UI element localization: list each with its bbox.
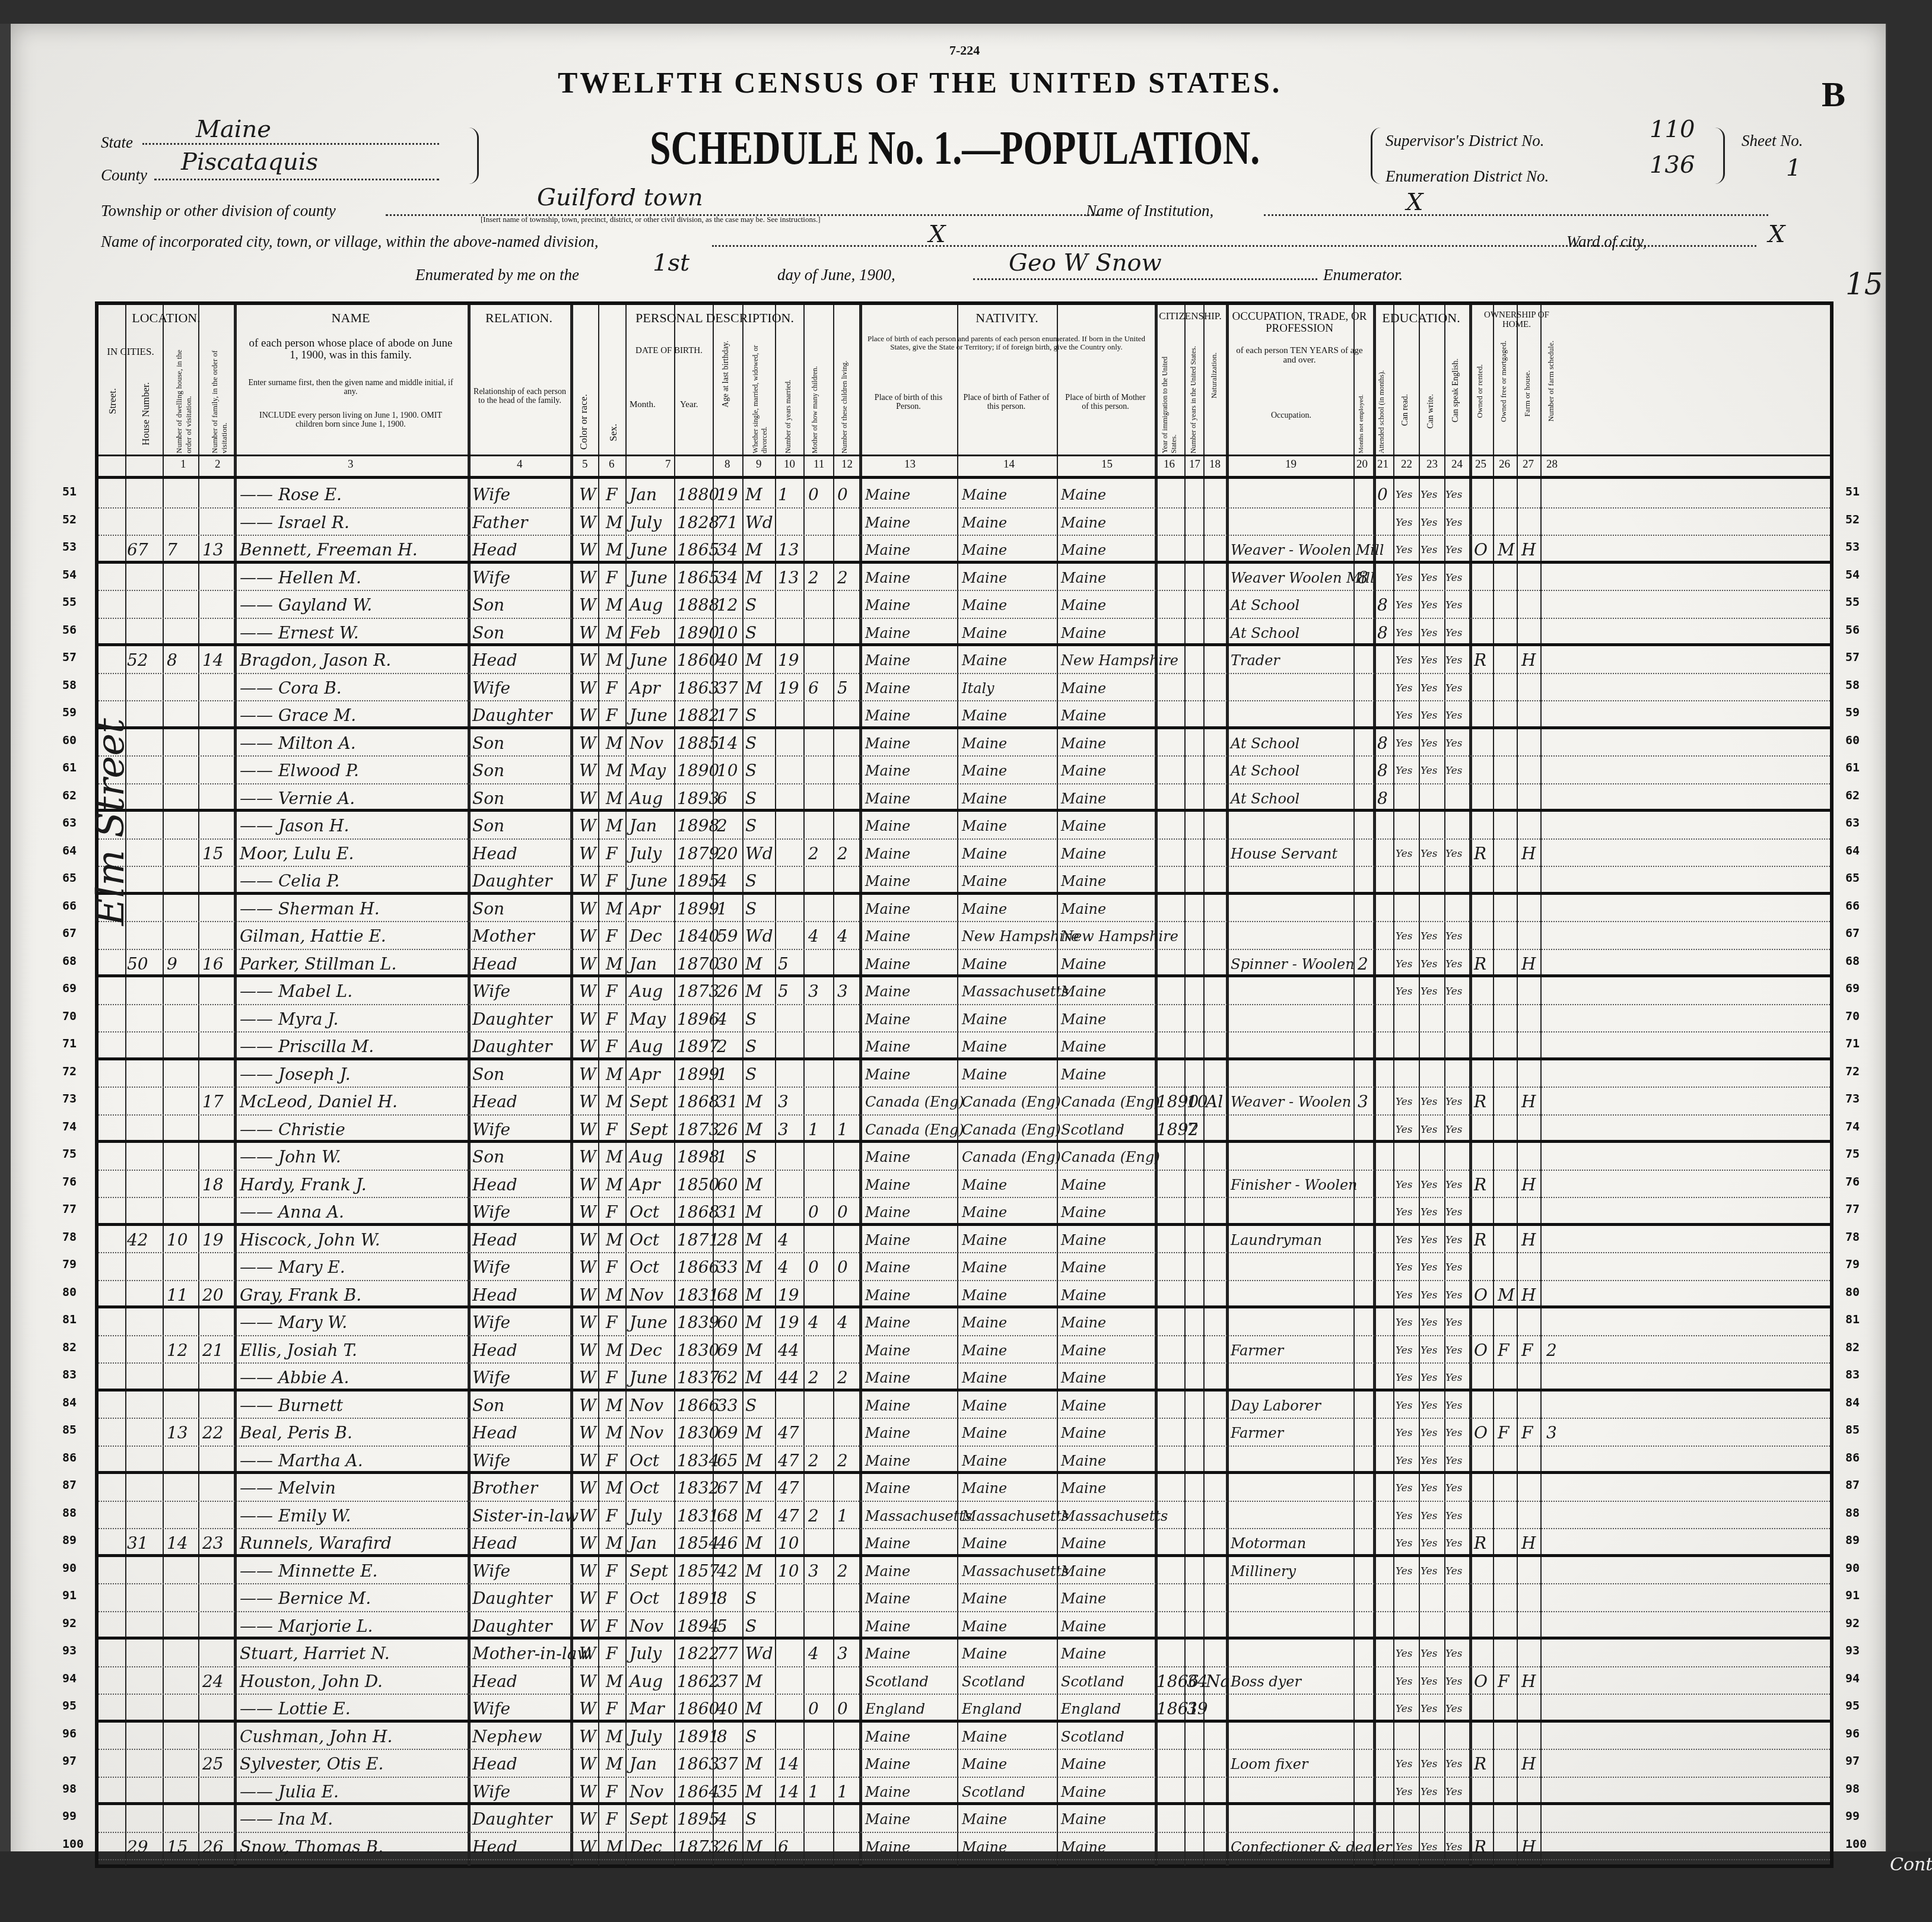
dwelling-number-cell: 9: [167, 952, 177, 976]
age-cell: 4: [717, 1008, 727, 1031]
mother-birthplace-cell: Scotland: [1061, 1725, 1124, 1749]
line-number: 72: [1845, 1064, 1860, 1078]
city-value: X: [929, 221, 945, 248]
birth-year-cell: 1866: [677, 1394, 719, 1418]
col-num: 10: [784, 458, 795, 471]
table-row: 15Moor, Lulu E.HeadWFJuly187920Wd22Maine…: [98, 840, 1830, 868]
age-cell: 26: [717, 1118, 738, 1142]
birth-month-cell: May: [630, 1008, 666, 1031]
years-married-cell: 19: [778, 676, 799, 700]
sex-cell: F: [606, 1449, 617, 1473]
can-speak-english-cell: Yes: [1445, 1780, 1463, 1804]
can-read-cell: Yes: [1396, 1670, 1413, 1694]
owned-rented-cell: R: [1474, 1532, 1486, 1555]
mother-birthplace-cell: Maine: [1061, 1200, 1106, 1224]
mother-birthplace-cell: Maine: [1061, 566, 1106, 590]
children-living-cell: 2: [837, 842, 848, 866]
line-number: 66: [1845, 898, 1860, 913]
relation-cell: Daughter: [472, 1615, 552, 1638]
col-label-english: Can speak English.: [1451, 358, 1461, 422]
sex-cell: M: [606, 1063, 623, 1087]
line-number: 63: [1845, 815, 1860, 830]
can-read-cell: Yes: [1396, 1339, 1413, 1362]
mother-of-cell: 0: [808, 1200, 819, 1224]
mother-birthplace-cell: Maine: [1061, 1394, 1106, 1418]
name-cell: —— Bernice M.: [240, 1587, 371, 1610]
line-number: 79: [1845, 1257, 1860, 1271]
mother-birthplace-cell: Maine: [1061, 1256, 1106, 1279]
line-number: 52: [1845, 512, 1860, 526]
table-row: 311423Runnels, WarafirdHeadWMJan185446M1…: [98, 1529, 1830, 1557]
children-living-cell: 4: [837, 925, 848, 948]
owned-rented-cell: O: [1474, 1421, 1488, 1445]
birth-month-cell: Jan: [630, 483, 657, 507]
marital-status-cell: M: [745, 1697, 762, 1721]
relation-cell: Nephew: [472, 1725, 542, 1749]
race-cell: W: [579, 1284, 596, 1307]
name-cell: McLeod, Daniel H.: [240, 1090, 398, 1114]
birth-year-cell: 1890: [677, 759, 719, 783]
sex-cell: F: [606, 566, 617, 590]
township-instruction: [Insert name of township, town, precinct…: [481, 215, 821, 224]
line-number: 75: [1845, 1146, 1860, 1161]
can-speak-english-cell: Yes: [1445, 952, 1463, 976]
farm-house-cell: H: [1521, 1532, 1536, 1555]
scan-border-top: [0, 0, 1932, 24]
relation-cell: Wife: [472, 1449, 510, 1473]
age-cell: 40: [717, 1697, 738, 1721]
birth-month-cell: Aug: [630, 1670, 663, 1694]
table-row: —— Gayland W.SonWMAug188812SMaineMaineMa…: [98, 591, 1830, 619]
marital-status-cell: M: [745, 1173, 762, 1197]
father-birthplace-cell: Italy: [962, 676, 994, 700]
birth-year-cell: 1873: [677, 1835, 719, 1859]
sex-cell: M: [606, 593, 623, 617]
can-write-cell: Yes: [1421, 1559, 1438, 1583]
header-date-of-birth: DATE OF BIRTH.: [625, 347, 713, 356]
age-cell: 59: [717, 925, 738, 948]
mother-of-cell: 2: [808, 842, 819, 866]
years-in-us-cell: 10: [1187, 1090, 1208, 1114]
mother-birthplace-cell: Maine: [1061, 1532, 1106, 1555]
sex-cell: F: [606, 1807, 617, 1831]
table-row: 67713Bennett, Freeman H.HeadWMJune186534…: [98, 536, 1830, 564]
relation-cell: Wife: [472, 980, 510, 1003]
line-number: 94: [1845, 1671, 1860, 1685]
birth-month-cell: Nov: [630, 1780, 663, 1804]
can-speak-english-cell: Yes: [1445, 1118, 1463, 1142]
mother-birthplace-cell: Maine: [1061, 511, 1106, 535]
line-number: 88: [62, 1505, 77, 1520]
birthplace-cell: Maine: [865, 1642, 910, 1666]
mother-of-cell: 2: [808, 1366, 819, 1390]
birthplace-cell: Maine: [865, 1311, 910, 1335]
relation-cell: Daughter: [472, 704, 552, 727]
school-months-cell: 8: [1377, 787, 1388, 811]
can-speak-english-cell: Yes: [1445, 1256, 1463, 1279]
table-row: —— Abbie A.WifeWFJune183762M4422MaineMai…: [98, 1364, 1830, 1392]
can-write-cell: Yes: [1421, 1200, 1438, 1224]
father-birthplace-cell: Maine: [962, 511, 1007, 535]
state-value: Maine: [196, 116, 271, 143]
col-label-dwelling: Number of dwelling house, in the order o…: [174, 341, 193, 453]
race-cell: W: [579, 1615, 596, 1638]
owned-rented-cell: R: [1474, 1173, 1486, 1197]
birth-year-cell: 1882: [677, 704, 719, 727]
birth-month-cell: Feb: [630, 621, 660, 645]
occupation-cell: Motorman: [1231, 1532, 1306, 1555]
sex-cell: M: [606, 621, 623, 645]
mother-birthplace-cell: Maine: [1061, 1063, 1106, 1087]
birth-year-cell: 1839: [677, 1311, 719, 1335]
occupation-cell: At School: [1231, 787, 1299, 811]
children-living-cell: 1: [837, 1780, 848, 1804]
birthplace-cell: Maine: [865, 1449, 910, 1473]
age-cell: 37: [717, 1670, 738, 1694]
mother-birthplace-cell: Maine: [1061, 1476, 1106, 1500]
name-cell: Hardy, Frank J.: [240, 1173, 367, 1197]
col-label-owned-rented: Owned or rented.: [1475, 364, 1485, 418]
can-speak-english-cell: Yes: [1445, 925, 1463, 948]
birth-year-cell: 1828: [677, 511, 719, 535]
naturalization-cell: Al: [1206, 1090, 1223, 1114]
birthplace-cell: Maine: [865, 1615, 910, 1638]
institution-label: Name of Institution,: [1086, 202, 1213, 220]
can-write-cell: Yes: [1421, 1284, 1438, 1307]
can-write-cell: Yes: [1421, 1449, 1438, 1473]
can-write-cell: Yes: [1421, 1173, 1438, 1197]
table-row: —— Joseph J.SonWMApr18991SMaineMaineMain…: [98, 1060, 1830, 1088]
sex-cell: F: [606, 1559, 617, 1583]
name-cell: —— Martha A.: [240, 1449, 363, 1473]
birthplace-cell: Maine: [865, 1035, 910, 1059]
mother-of-cell: 0: [808, 1697, 819, 1721]
mother-birthplace-cell: Maine: [1061, 869, 1106, 893]
family-number-cell: 16: [202, 952, 224, 976]
can-write-cell: Yes: [1421, 842, 1438, 866]
mother-of-cell: 3: [808, 1559, 819, 1583]
birth-month-cell: June: [630, 538, 668, 562]
school-months-cell: 8: [1377, 621, 1388, 645]
can-read-cell: Yes: [1396, 593, 1413, 617]
house-number-cell: 50: [127, 952, 148, 976]
birth-month-cell: Dec: [630, 1835, 662, 1859]
col-label-occupation: Occupation.: [1232, 412, 1351, 421]
years-in-us-cell: 39: [1187, 1697, 1208, 1721]
can-read-cell: Yes: [1396, 952, 1413, 976]
relation-cell: Head: [472, 538, 517, 562]
mother-birthplace-cell: Maine: [1061, 1035, 1106, 1059]
birthplace-cell: Maine: [865, 869, 910, 893]
school-months-cell: 0: [1377, 483, 1388, 507]
naturalization-cell: Na: [1206, 1670, 1230, 1694]
free-mortgaged-cell: F: [1498, 1339, 1509, 1362]
population-schedule-table: LOCATION. IN CITIES. NAME of each person…: [95, 301, 1834, 1868]
table-row: —— Jason H.SonWMJan18982SMaineMaineMaine: [98, 812, 1830, 840]
sex-cell: F: [606, 842, 617, 866]
birth-year-cell: 1830: [677, 1421, 719, 1445]
relation-cell: Father: [472, 511, 528, 535]
birth-year-cell: 1860: [677, 649, 719, 672]
can-write-cell: Yes: [1421, 952, 1438, 976]
mother-birthplace-cell: Maine: [1061, 732, 1106, 755]
col-label-read: Can read.: [1401, 394, 1410, 426]
col-label-years-us: Number of years in the United States.: [1189, 341, 1198, 453]
can-write-cell: Yes: [1421, 538, 1438, 562]
birth-month-cell: Oct: [630, 1449, 659, 1473]
birth-month-cell: Aug: [630, 787, 663, 811]
father-birthplace-cell: Maine: [962, 732, 1007, 755]
mother-birthplace-cell: Maine: [1061, 842, 1106, 866]
name-cell: —— Mary W.: [240, 1311, 347, 1335]
race-cell: W: [579, 1008, 596, 1031]
scan-border-right: [1887, 0, 1932, 1922]
dwelling-number-cell: 12: [167, 1339, 188, 1362]
school-months-cell: 8: [1377, 593, 1388, 617]
mother-of-cell: 4: [808, 1642, 819, 1666]
father-birthplace-cell: Maine: [962, 1615, 1007, 1638]
can-read-cell: Yes: [1396, 1780, 1413, 1804]
race-cell: W: [579, 759, 596, 783]
relation-cell: Head: [472, 1173, 517, 1197]
birth-month-cell: July: [630, 1504, 662, 1528]
relation-cell: Head: [472, 1228, 517, 1252]
owned-rented-cell: O: [1474, 1284, 1488, 1307]
age-cell: 19: [717, 483, 738, 507]
birth-year-cell: 1860: [677, 1697, 719, 1721]
children-living-cell: 1: [837, 1118, 848, 1142]
name-cell: —— Israel R.: [240, 511, 349, 535]
sex-cell: M: [606, 897, 623, 921]
farm-house-cell: H: [1521, 842, 1536, 866]
col-num: 16: [1164, 458, 1175, 471]
sex-cell: F: [606, 1200, 617, 1224]
free-mortgaged-cell: M: [1498, 1284, 1515, 1307]
table-row: —— Elwood P.SonWMMay189010SMaineMaineMai…: [98, 757, 1830, 784]
birth-month-cell: Oct: [630, 1228, 659, 1252]
relation-cell: Head: [472, 1339, 517, 1362]
age-cell: 42: [717, 1559, 738, 1583]
marital-status-cell: S: [745, 732, 757, 755]
birthplace-cell: Maine: [865, 980, 910, 1003]
birth-year-cell: 1879: [677, 842, 719, 866]
marital-status-cell: M: [745, 483, 762, 507]
birthplace-cell: Maine: [865, 1532, 910, 1555]
line-number: 81: [1845, 1312, 1860, 1326]
county-label: County: [101, 166, 147, 185]
table-row: —— Anna A.WifeWFOct186831M00MaineMaineMa…: [98, 1198, 1830, 1226]
line-number: 91: [62, 1588, 77, 1602]
line-number: 88: [1845, 1505, 1860, 1520]
mother-birthplace-cell: Maine: [1061, 483, 1106, 507]
col-label-write: Can write.: [1426, 394, 1436, 428]
age-cell: 8: [717, 1725, 727, 1749]
can-speak-english-cell: Yes: [1445, 511, 1463, 535]
census-title: TWELFTH CENSUS OF THE UNITED STATES.: [558, 65, 1282, 100]
race-cell: W: [579, 1476, 596, 1500]
years-married-cell: 19: [778, 649, 799, 672]
table-row: —— Vernie A.SonWMAug18936SMaineMaineMain…: [98, 784, 1830, 812]
col-num: 11: [814, 458, 824, 471]
relation-cell: Mother-in-law: [472, 1642, 591, 1666]
name-cell: —— Elwood P.: [240, 759, 359, 783]
line-number: 84: [62, 1395, 77, 1409]
father-birthplace-cell: Scotland: [962, 1780, 1025, 1804]
name-cell: Snow, Thomas B.: [240, 1835, 383, 1859]
table-row: —— Israel R.FatherWMJuly182871WdMaineMai…: [98, 509, 1830, 536]
can-write-cell: Yes: [1421, 511, 1438, 535]
age-cell: 5: [717, 1615, 727, 1638]
marital-status-cell: M: [745, 1090, 762, 1114]
mother-birthplace-cell: Scotland: [1061, 1670, 1124, 1694]
sex-cell: M: [606, 1670, 623, 1694]
relation-cell: Head: [472, 1835, 517, 1859]
marital-status-cell: M: [745, 649, 762, 672]
father-birthplace-cell: Maine: [962, 1421, 1007, 1445]
father-birthplace-cell: Massachusetts: [962, 1504, 1069, 1528]
line-number: 89: [62, 1533, 77, 1547]
occupation-cell: Weaver Woolen Mill: [1231, 566, 1375, 590]
race-cell: W: [579, 1835, 596, 1859]
sex-cell: M: [606, 1339, 623, 1362]
birth-year-cell: 1865: [677, 538, 719, 562]
birth-month-cell: Nov: [630, 1284, 663, 1307]
sex-cell: M: [606, 814, 623, 838]
sex-cell: M: [606, 1532, 623, 1555]
col-label-mother-of: Mother of how many children.: [811, 341, 819, 453]
occupation-cell: Weaver - Woolen: [1231, 1090, 1351, 1114]
can-speak-english-cell: Yes: [1445, 704, 1463, 727]
line-number: 97: [1845, 1753, 1860, 1768]
birth-month-cell: June: [630, 566, 668, 590]
table-row: —— Celia P.DaughterWFJune18954SMaineMain…: [98, 867, 1830, 895]
table-row: 291526Snow, Thomas B.HeadWMDec187326M6Ma…: [98, 1833, 1830, 1861]
table-row: —— ChristieWifeWFSept187326M311Canada (E…: [98, 1116, 1830, 1143]
table-row: 18Hardy, Frank J.HeadWMApr185060MMaineMa…: [98, 1171, 1830, 1199]
marital-status-cell: S: [745, 1063, 757, 1087]
table-row: —— Myra J.DaughterWFMay18964SMaineMaineM…: [98, 1005, 1830, 1033]
marital-status-cell: S: [745, 621, 757, 645]
mother-birthplace-cell: Maine: [1061, 1173, 1106, 1197]
mother-of-cell: 2: [808, 566, 819, 590]
county-field-line: [154, 178, 439, 180]
birth-year-cell: 1890: [677, 621, 719, 645]
line-number: 99: [1845, 1809, 1860, 1823]
line-number: 85: [62, 1422, 77, 1437]
can-read-cell: Yes: [1396, 566, 1413, 590]
race-cell: W: [579, 511, 596, 535]
birthplace-cell: Maine: [865, 732, 910, 755]
line-number: 72: [62, 1064, 77, 1078]
table-row: —— Mary E.WifeWFOct186633M400MaineMaineM…: [98, 1253, 1830, 1281]
name-cell: Bragdon, Jason R.: [240, 649, 391, 672]
ward-value: X: [1768, 221, 1785, 248]
age-cell: 31: [717, 1090, 738, 1114]
can-speak-english-cell: Yes: [1445, 1752, 1463, 1776]
table-row: —— Lottie E.WifeWFMar186040M00EnglandEng…: [98, 1695, 1830, 1723]
race-cell: W: [579, 1421, 596, 1445]
children-living-cell: 5: [837, 676, 848, 700]
birthplace-cell: Maine: [865, 1752, 910, 1776]
line-number: 52: [62, 512, 77, 526]
can-write-cell: Yes: [1421, 483, 1438, 507]
line-number: 61: [1845, 760, 1860, 774]
occupation-cell: Laundryman: [1231, 1228, 1322, 1252]
birth-year-cell: 1885: [677, 732, 719, 755]
header-rule-thick: [98, 476, 1830, 479]
can-write-cell: Yes: [1421, 704, 1438, 727]
age-cell: 26: [717, 980, 738, 1003]
years-married-cell: 5: [778, 980, 789, 1003]
line-number: 73: [62, 1091, 77, 1105]
can-write-cell: Yes: [1421, 566, 1438, 590]
family-number-cell: 17: [202, 1090, 224, 1114]
marital-status-cell: M: [745, 1752, 762, 1776]
birthplace-cell: Maine: [865, 1421, 910, 1445]
col-num: 18: [1209, 458, 1221, 471]
race-cell: W: [579, 593, 596, 617]
name-cell: Sylvester, Otis E.: [240, 1752, 383, 1776]
sex-cell: F: [606, 1311, 617, 1335]
line-number: 82: [62, 1340, 77, 1354]
farm-house-cell: H: [1521, 1284, 1536, 1307]
line-number: 76: [62, 1174, 77, 1189]
mother-of-cell: 4: [808, 1311, 819, 1335]
birth-month-cell: Nov: [630, 1421, 663, 1445]
line-number: 70: [62, 1009, 77, 1023]
relation-cell: Head: [472, 1284, 517, 1307]
farm-house-cell: H: [1521, 1173, 1536, 1197]
school-months-cell: 8: [1377, 759, 1388, 783]
age-cell: 60: [717, 1173, 738, 1197]
birth-month-cell: Nov: [630, 1394, 663, 1418]
dwelling-number-cell: 7: [167, 538, 177, 562]
father-birthplace-cell: Maine: [962, 1449, 1007, 1473]
col-num: 4: [517, 458, 523, 471]
relation-cell: Son: [472, 732, 504, 755]
occupation-cell: Weaver - Woolen Mill: [1231, 538, 1384, 562]
children-living-cell: 0: [837, 1200, 848, 1224]
marital-status-cell: M: [745, 1284, 762, 1307]
birth-month-cell: Sept: [630, 1807, 668, 1831]
birth-year-cell: 1864: [677, 1780, 719, 1804]
birthplace-cell: Maine: [865, 814, 910, 838]
header-education: EDUCATION.: [1373, 311, 1469, 325]
sex-cell: M: [606, 1145, 623, 1169]
enumerated-suffix: day of June, 1900,: [777, 266, 895, 284]
col-num: 28: [1546, 458, 1558, 471]
occupation-cell: At School: [1231, 759, 1299, 783]
col-num: 8: [724, 458, 730, 471]
race-cell: W: [579, 1090, 596, 1114]
relation-cell: Wife: [472, 1200, 510, 1224]
birth-month-cell: July: [630, 511, 662, 535]
birthplace-cell: Maine: [865, 1394, 910, 1418]
mother-birthplace-cell: Maine: [1061, 538, 1106, 562]
free-mortgaged-cell: F: [1498, 1670, 1509, 1694]
mother-birthplace-cell: Canada (Eng): [1061, 1090, 1160, 1114]
name-cell: —— Minnette E.: [240, 1559, 377, 1583]
sheet-value: 1: [1786, 154, 1801, 182]
can-write-cell: Yes: [1421, 621, 1438, 645]
relation-cell: Son: [472, 1394, 504, 1418]
table-row: —— Minnette E.WifeWFSept185742M1032Maine…: [98, 1557, 1830, 1585]
birthplace-cell: Maine: [865, 1835, 910, 1859]
mother-of-cell: 6: [808, 676, 819, 700]
sheet-label: Sheet No.: [1742, 132, 1803, 150]
line-number: 64: [1845, 843, 1860, 857]
line-number: 97: [62, 1753, 77, 1768]
